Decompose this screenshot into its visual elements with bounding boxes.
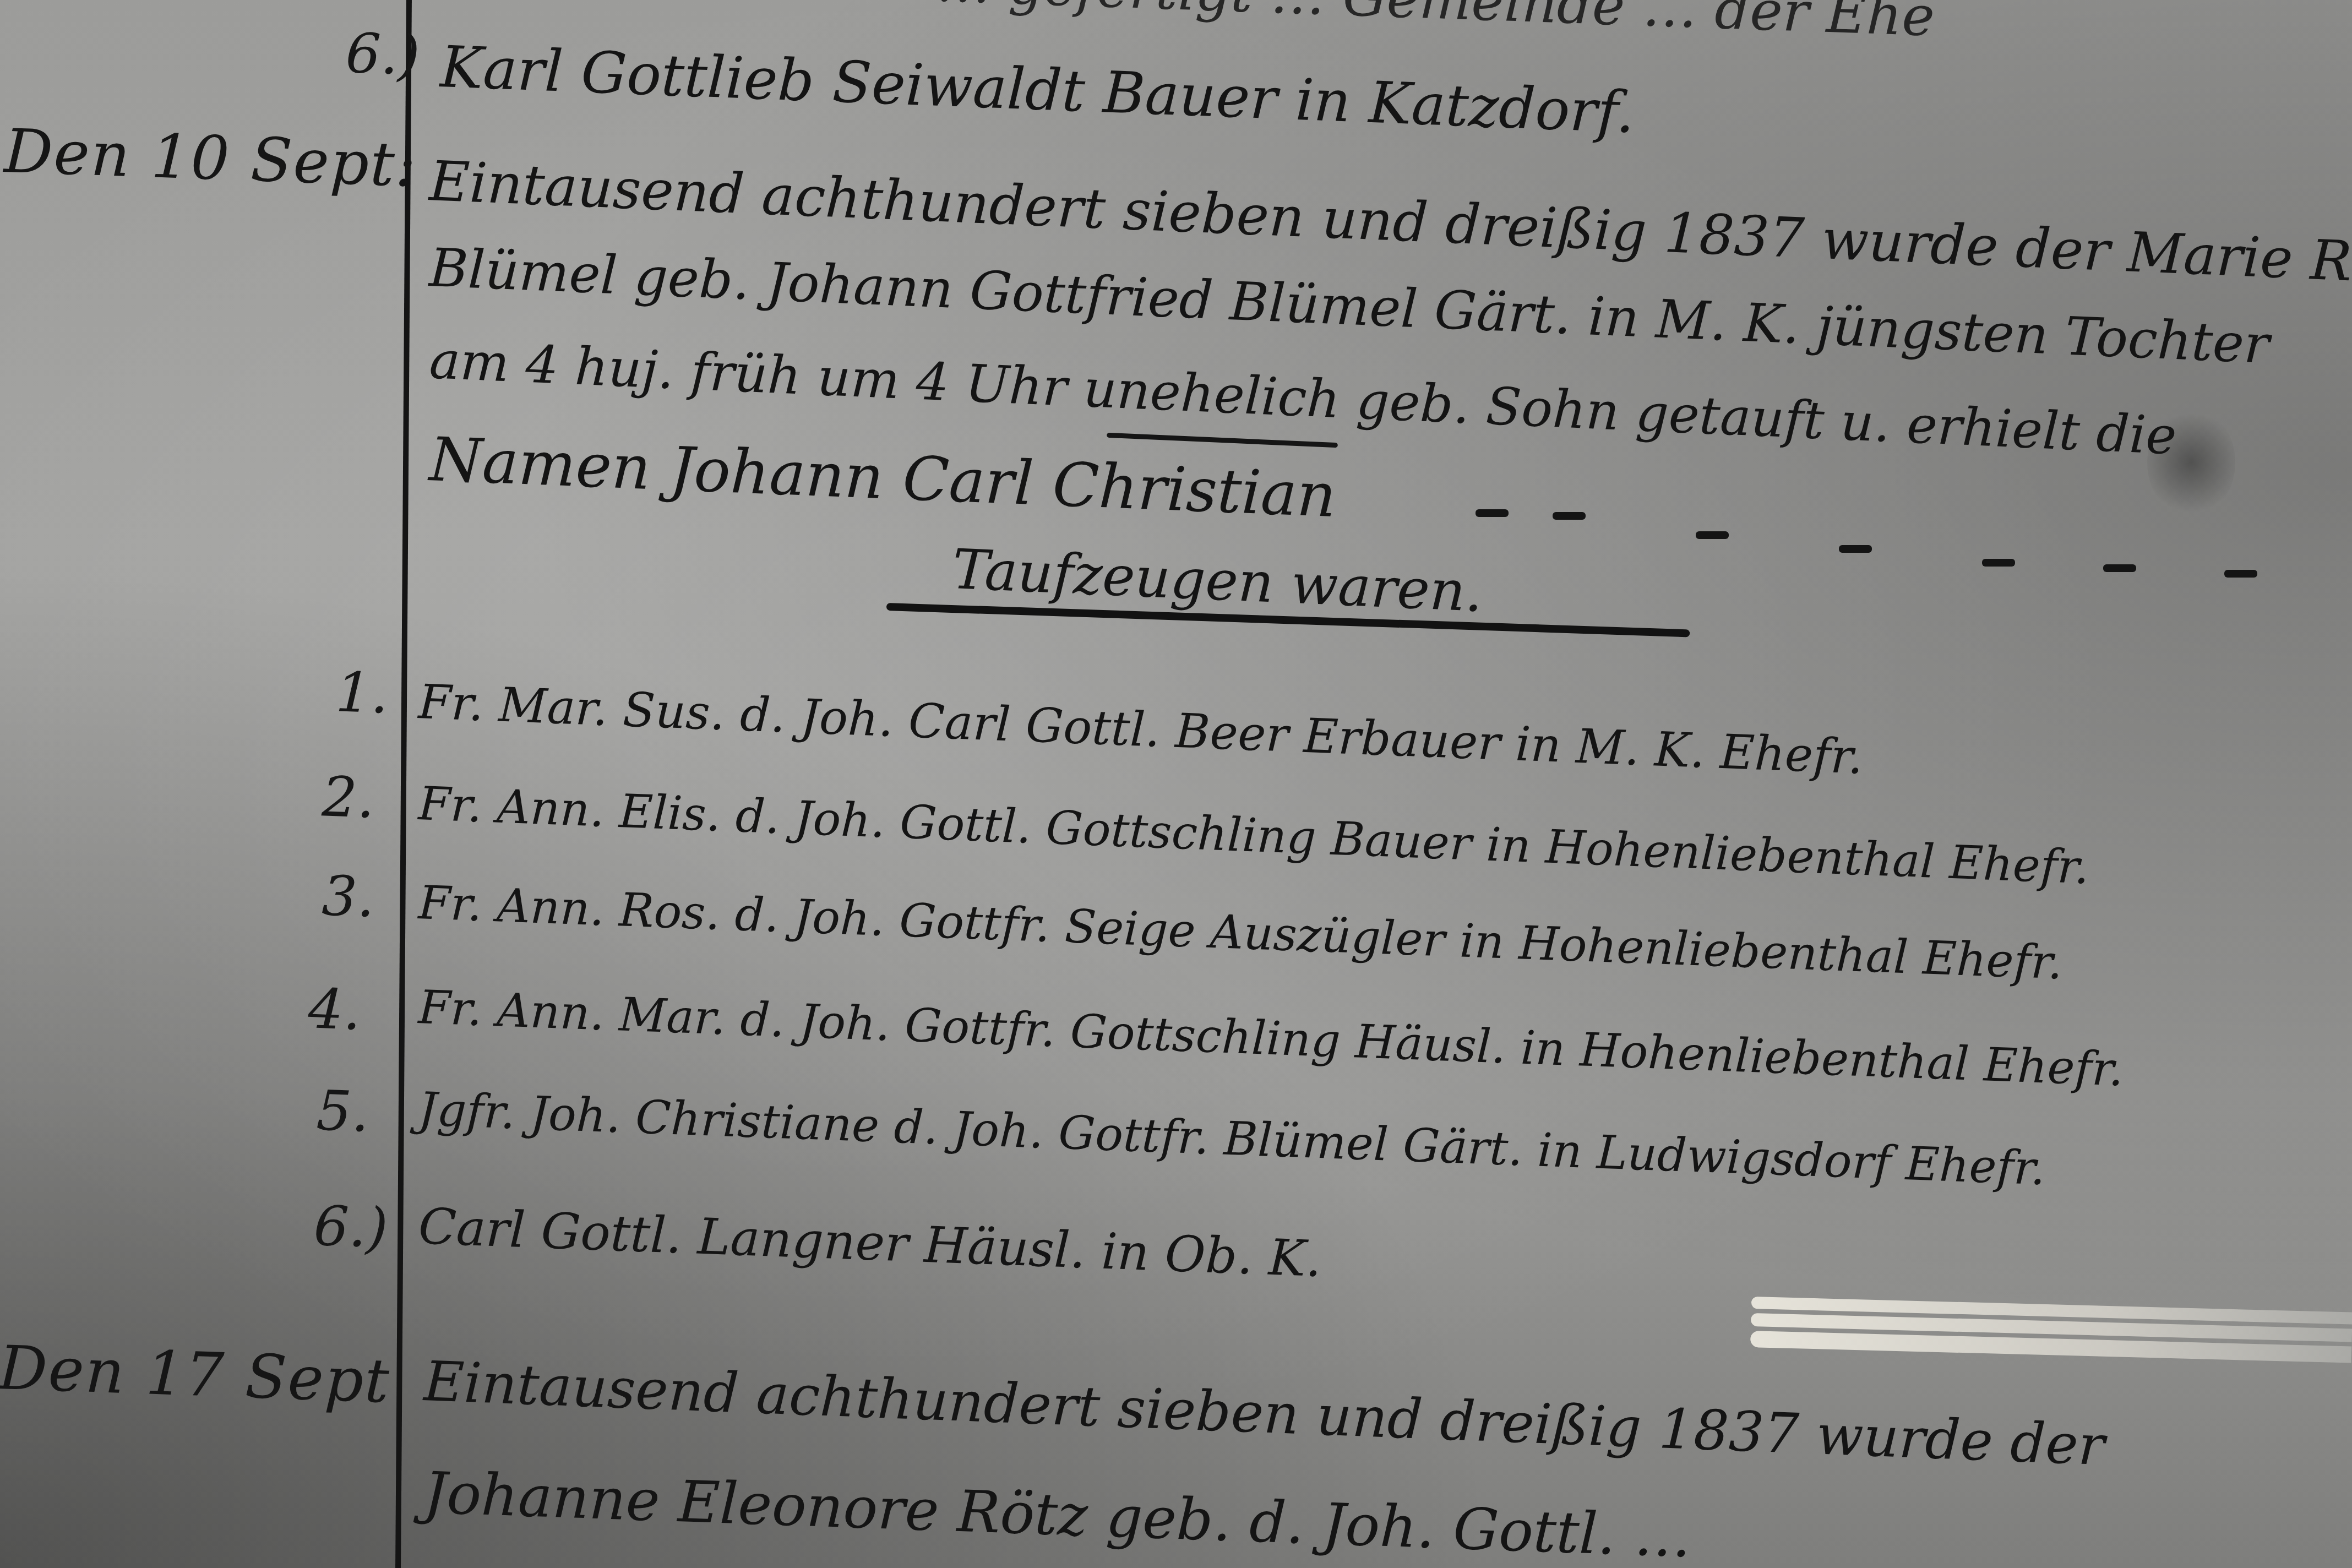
- filler-dash: [1476, 509, 1509, 517]
- prev-entry-number: 6.): [345, 21, 421, 88]
- godparent-number-4: 4.: [307, 976, 362, 1042]
- filler-dash: [1553, 512, 1586, 520]
- filler-dash: [2224, 570, 2257, 578]
- prev-entry-line: Karl Gottlieb Seiwaldt Bauer in Katzdorf…: [439, 33, 1636, 146]
- godparent-6: Carl Gottl. Langner Häusl. in Ob. K.: [417, 1197, 1322, 1288]
- register-page: … gefertigt … Gemeinde … der Ehe 6.) Kar…: [0, 0, 2352, 1568]
- godparent-number-3: 3.: [321, 863, 375, 929]
- margin-date-2: Den 17 Sept: [0, 1332, 391, 1417]
- godparent-3: Fr. Ann. Ros. d. Joh. Gottfr. Seige Ausz…: [417, 875, 2064, 989]
- filler-dash: [2103, 564, 2136, 572]
- cutoff-top-line: … gefertigt … Gemeinde … der Ehe: [935, 0, 1936, 49]
- margin-date-1: Den 10 Sept:: [3, 116, 418, 200]
- filler-dash: [1839, 545, 1872, 553]
- godparent-number-5: 5.: [315, 1078, 370, 1144]
- glare-reflection: [1750, 1291, 2352, 1373]
- entry2-line-2: Johanne Eleonore Rötz geb. d. Joh. Gottl…: [423, 1459, 1692, 1568]
- godparent-2: Fr. Ann. Elis. d. Joh. Gottl. Gottschlin…: [417, 776, 2090, 895]
- margin-rule: [395, 0, 412, 1568]
- entry2-line-1: Eintausend achthundert sieben und dreißi…: [423, 1349, 2106, 1478]
- godparent-5: Jgfr. Joh. Christiane d. Joh. Gottfr. Bl…: [417, 1082, 2046, 1195]
- godparent-4: Fr. Ann. Mar. d. Joh. Gottfr. Gottschlin…: [417, 980, 2125, 1096]
- godparent-number-1: 1.: [335, 660, 389, 726]
- godparent-1: Fr. Mar. Sus. d. Joh. Carl Gottl. Beer E…: [417, 674, 1864, 785]
- filler-dash: [1696, 531, 1729, 539]
- godparent-number-2: 2.: [321, 764, 375, 830]
- underline-unehelich: [1107, 433, 1338, 448]
- filler-dash: [1982, 559, 2015, 567]
- godparent-number-6: 6.): [313, 1194, 389, 1261]
